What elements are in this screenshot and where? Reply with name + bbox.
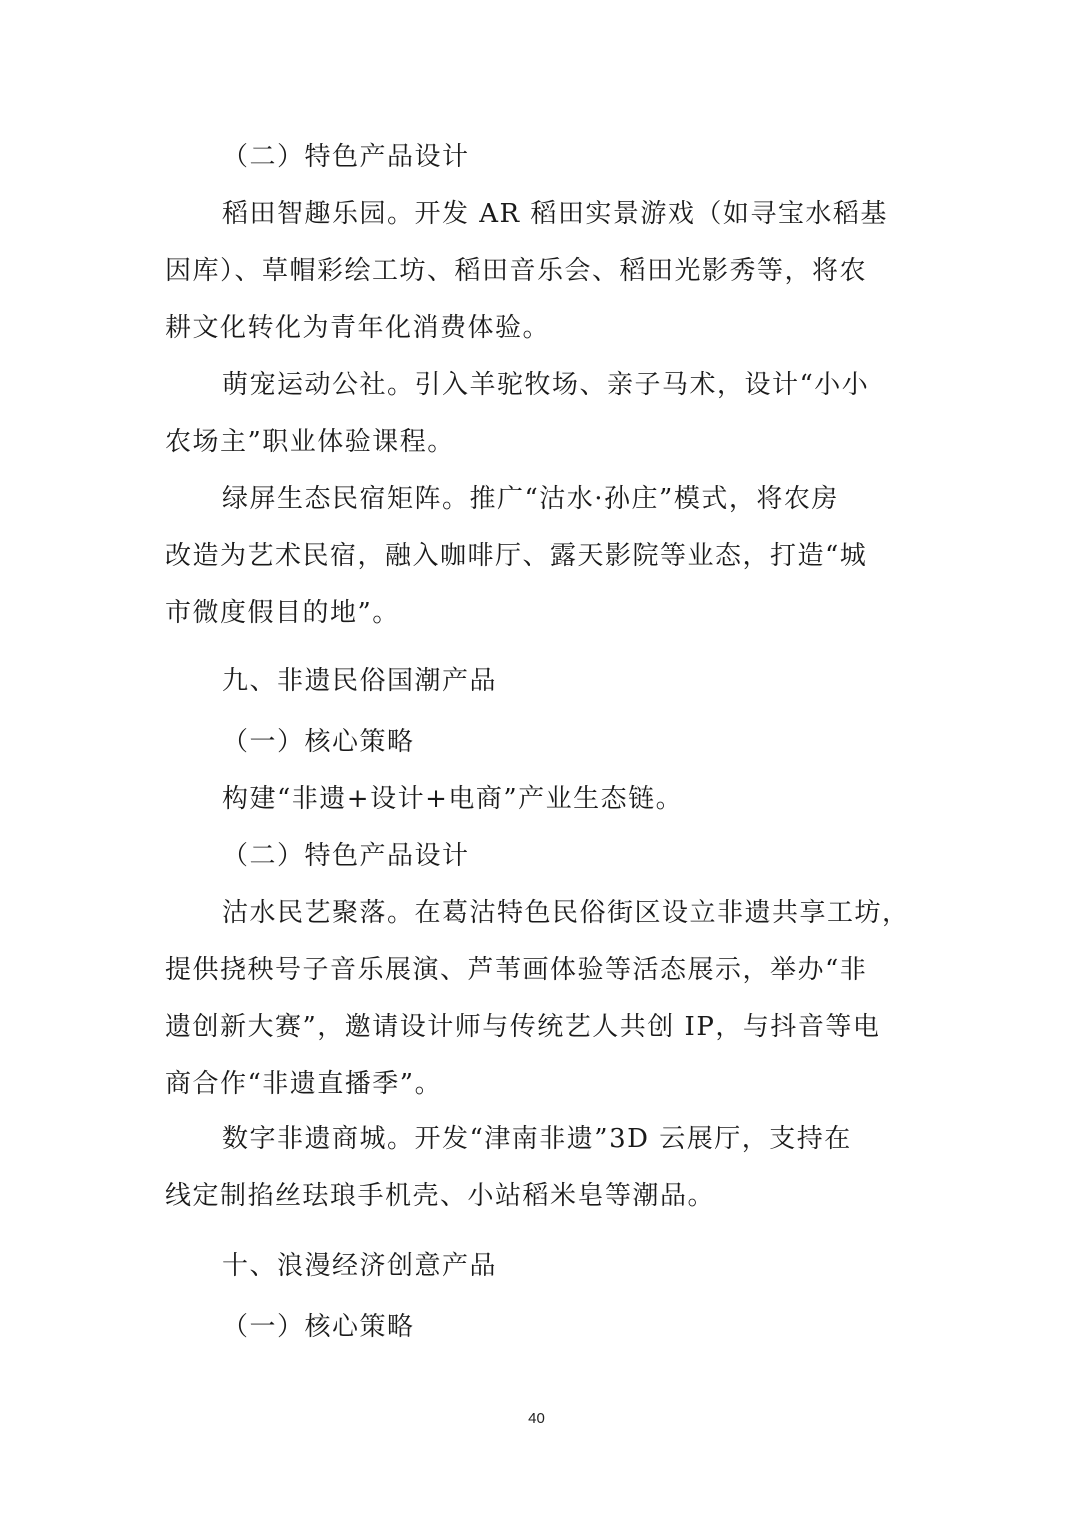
- paragraph-pet-club-line-2: 农场主”职业体验课程。: [165, 427, 455, 457]
- paragraph-folk-art-line-4: 商合作“非遗直播季”。: [165, 1069, 442, 1099]
- subheading-core-strategy-1: （一）核心策略: [222, 727, 415, 757]
- paragraph-rice-park-line-1: 稻田智趣乐园。开发 AR 稻田实景游戏（如寻宝水稻基: [222, 199, 888, 229]
- paragraph-digital-mall-line-2: 线定制掐丝珐琅手机壳、小站稻米皂等潮品。: [165, 1181, 715, 1211]
- paragraph-ecosystem: 构建“非遗+设计+电商”产业生态链。: [222, 784, 683, 814]
- paragraph-homestay-line-3: 市微度假目的地”。: [165, 598, 400, 628]
- subheading-core-strategy-2: （一）核心策略: [222, 1312, 415, 1342]
- paragraph-pet-club-line-1: 萌宠运动公社。引入羊驼牧场、亲子马术，设计“小小: [222, 370, 869, 400]
- paragraph-folk-art-line-3: 遗创新大赛”，邀请设计师与传统艺人共创 IP，与抖音等电: [165, 1012, 880, 1042]
- heading-section-10: 十、浪漫经济创意产品: [222, 1251, 497, 1281]
- paragraph-homestay-line-1: 绿屏生态民宿矩阵。推广“沽水·孙庄”模式，将农房: [222, 484, 839, 514]
- document-page: （二）特色产品设计 稻田智趣乐园。开发 AR 稻田实景游戏（如寻宝水稻基 因库）…: [0, 0, 1073, 1519]
- paragraph-rice-park-line-2: 因库）、草帽彩绘工坊、稻田音乐会、稻田光影秀等，将农: [165, 256, 867, 286]
- paragraph-homestay-line-2: 改造为艺术民宿，融入咖啡厅、露天影院等业态，打造“城: [165, 541, 867, 571]
- subheading-feature-design-2: （二）特色产品设计: [222, 841, 470, 871]
- heading-section-9: 九、非遗民俗国潮产品: [222, 666, 497, 696]
- paragraph-digital-mall-line-1: 数字非遗商城。开发“津南非遗”3D 云展厅，支持在: [222, 1124, 852, 1154]
- paragraph-folk-art-line-2: 提供挠秧号子音乐展演、芦苇画体验等活态展示，举办“非: [165, 955, 867, 985]
- paragraph-rice-park-line-3: 耕文化转化为青年化消费体验。: [165, 313, 550, 343]
- page-number: 40: [0, 1410, 1073, 1427]
- subheading-feature-design-1: （二）特色产品设计: [222, 142, 470, 172]
- paragraph-folk-art-line-1: 沽水民艺聚落。在葛沽特色民俗街区设立非遗共享工坊，: [222, 898, 910, 928]
